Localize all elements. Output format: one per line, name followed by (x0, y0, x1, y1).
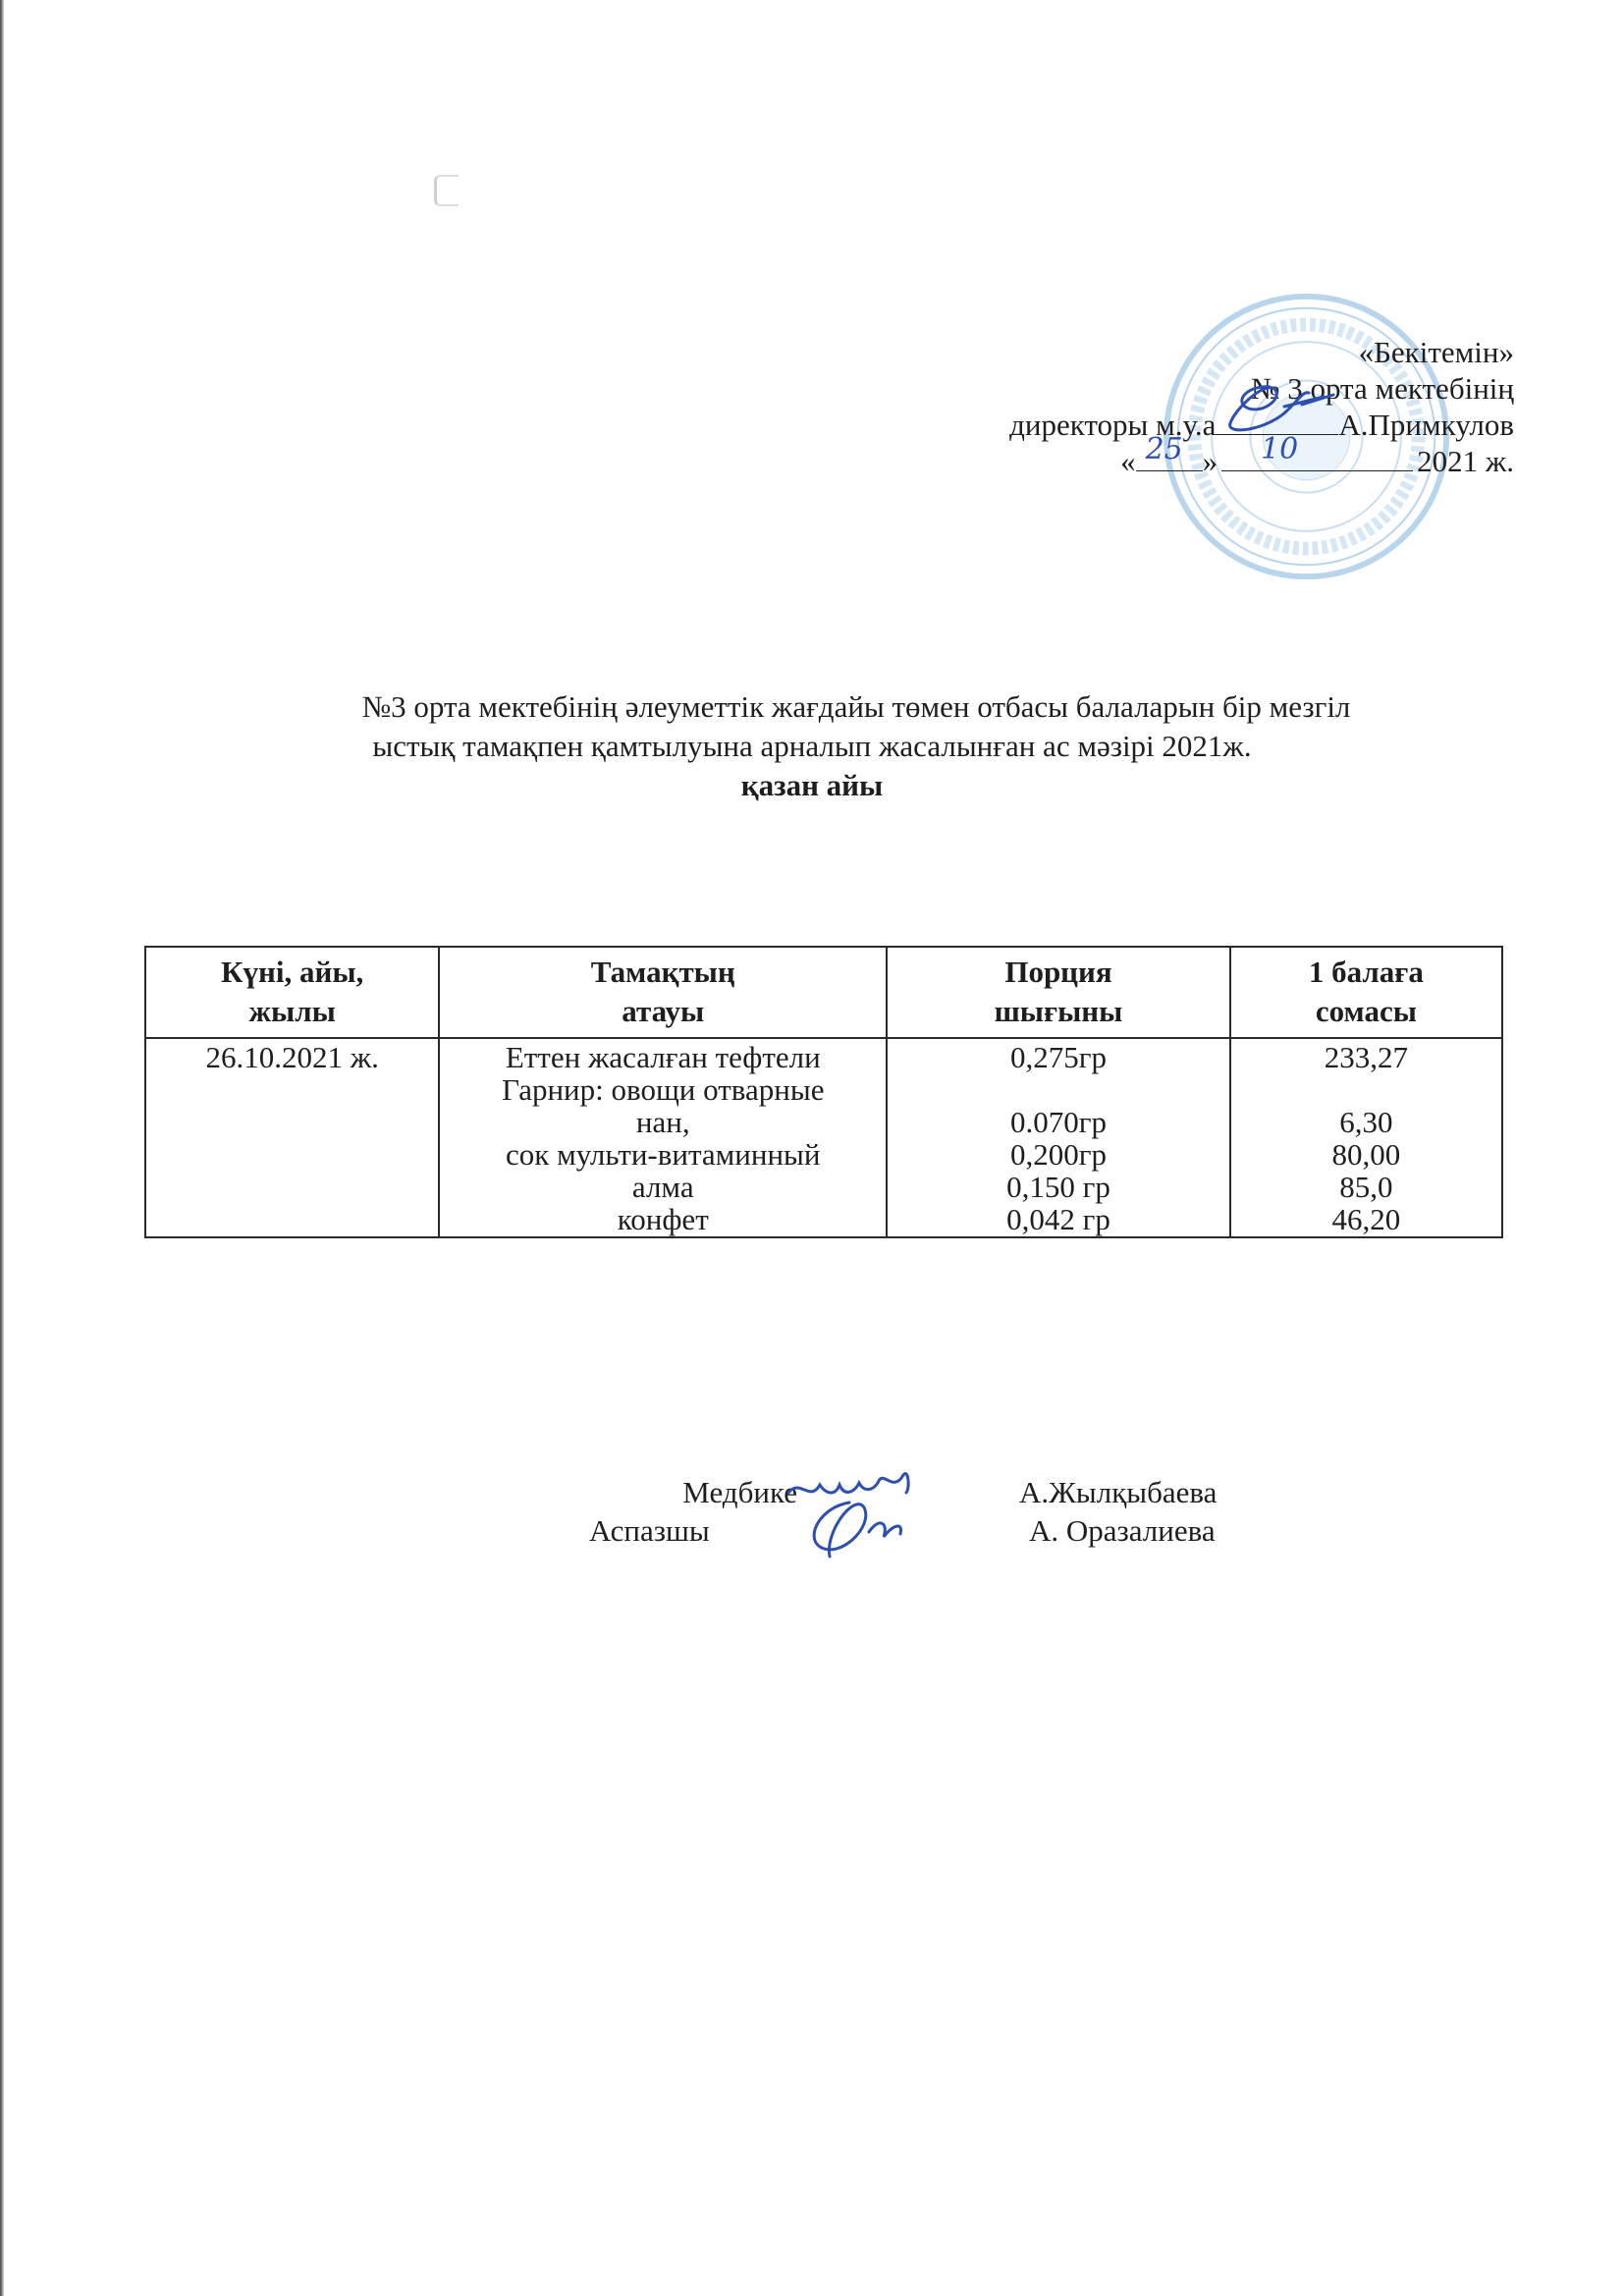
approval-block: «Бекітемін» № 3 орта мектебінің директор… (1009, 334, 1514, 479)
item-name: Гарнир: овощи отварные (446, 1073, 880, 1106)
item-cost: 233,27 (1237, 1041, 1495, 1073)
header-dish: Тамақтыңатауы (439, 947, 887, 1038)
title-line-1: №3 орта мектебінің әлеуметтік жағдайы тө… (0, 687, 1624, 727)
date-quote-open: « (1120, 444, 1136, 478)
item-cost: 6,30 (1237, 1106, 1495, 1138)
item-cost: 85,0 (1237, 1171, 1495, 1203)
signature-name: А.Жылқыбаева (1019, 1473, 1217, 1511)
item-name: Еттен жасалған тефтели (446, 1041, 880, 1073)
item-cost (1237, 1073, 1495, 1106)
document-title: №3 орта мектебінің әлеуметтік жағдайы тө… (0, 687, 1624, 805)
header-portion: Порцияшығыны (887, 947, 1230, 1038)
item-name: нан, (446, 1106, 880, 1138)
table-header-row: Күні, айы,жылы Тамақтыңатауы Порцияшығын… (145, 947, 1502, 1038)
title-line-2: ыстық тамақпен қамтылуына арналып жасалы… (0, 727, 1624, 766)
director-name: А.Примкулов (1338, 408, 1514, 442)
date-day-field: 25 (1136, 449, 1203, 471)
item-portion: 0.070гр (893, 1106, 1223, 1138)
item-portion: 0,042 гр (893, 1203, 1223, 1235)
item-cost: 46,20 (1237, 1203, 1495, 1235)
approval-heading: «Бекітемін» (1009, 334, 1514, 370)
scan-artifact (434, 175, 459, 206)
title-month: қазан айы (0, 766, 1624, 805)
director-title: директоры м.у.а (1009, 408, 1216, 442)
cell-portion-list: 0,275гр0.070гр0,200гр0,150 гр0,042 гр (887, 1038, 1230, 1237)
item-portion: 0,200гр (893, 1138, 1223, 1171)
menu-table: Күні, айы,жылы Тамақтыңатауы Порцияшығын… (144, 946, 1503, 1238)
approval-date: «25»102021 ж. (1009, 443, 1514, 479)
signature-role: Аспазшы (589, 1511, 797, 1550)
cell-name-list: Еттен жасалған тефтелиГарнир: овощи отва… (439, 1038, 887, 1237)
item-name: конфет (446, 1203, 880, 1235)
date-quote-close: » (1203, 444, 1218, 478)
date-day: 25 (1146, 431, 1183, 467)
date-year: 2021 ж. (1417, 444, 1514, 478)
item-portion (893, 1073, 1223, 1106)
handwritten-signatures-icon (781, 1463, 947, 1571)
item-portion: 0,150 гр (893, 1171, 1223, 1203)
signature-name: А. Оразалиева (1019, 1511, 1216, 1550)
table-row: 26.10.2021 ж.Еттен жасалған тефтелиГарни… (145, 1038, 1502, 1237)
item-cost: 80,00 (1237, 1138, 1495, 1171)
item-name: алма (446, 1171, 880, 1203)
cell-cost-list: 233,276,3080,0085,046,20 (1230, 1038, 1502, 1237)
signature-scribble-icon (1216, 379, 1343, 438)
item-name: сок мульти-витаминный (446, 1138, 880, 1171)
date-month: 10 (1261, 431, 1298, 467)
cell-date: 26.10.2021 ж. (145, 1038, 439, 1237)
header-date: Күні, айы,жылы (145, 947, 439, 1038)
header-cost: 1 балағасомасы (1230, 947, 1502, 1038)
date-month-field: 10 (1221, 449, 1413, 471)
scan-edge (0, 0, 4, 2296)
signature-role: Медбике (589, 1473, 797, 1511)
item-portion: 0,275гр (893, 1041, 1223, 1073)
